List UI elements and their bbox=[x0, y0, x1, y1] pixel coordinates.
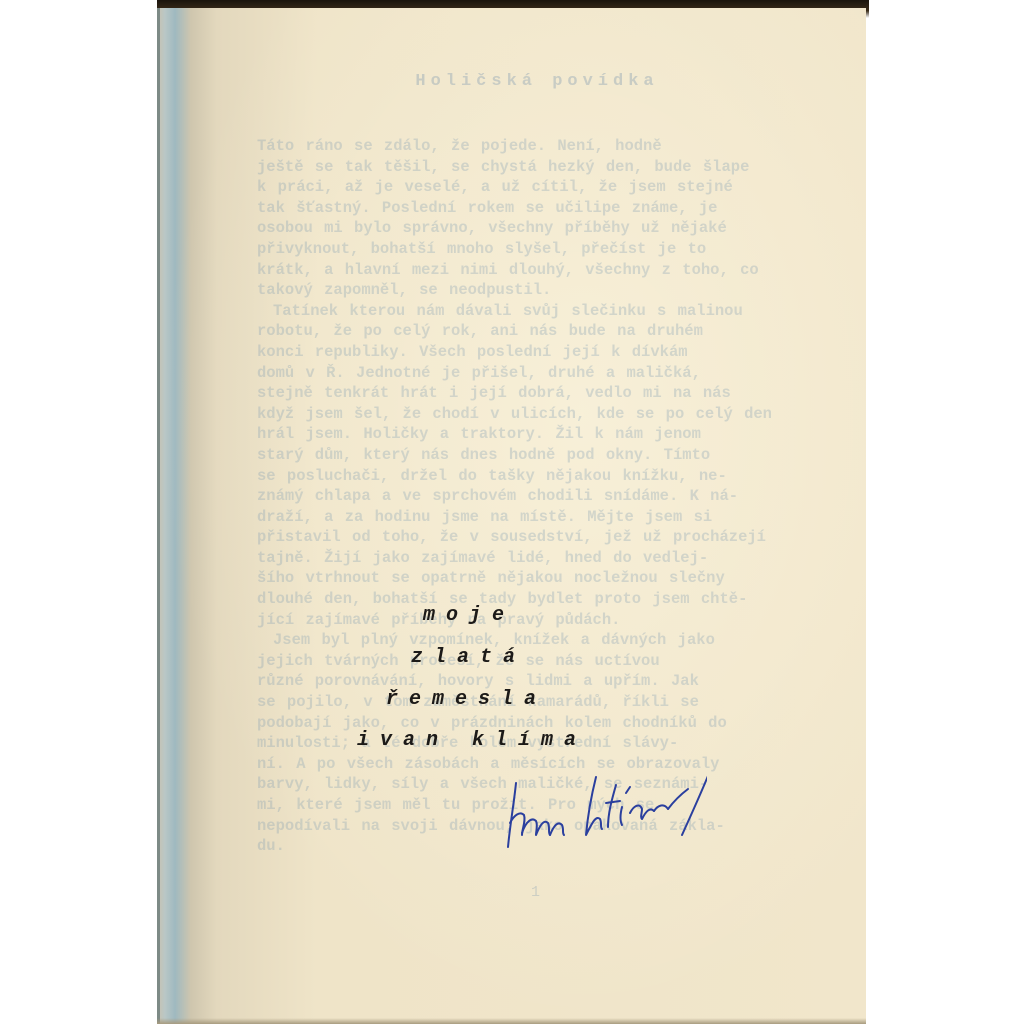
title-line-3: řemesla bbox=[386, 688, 547, 711]
author-signature bbox=[492, 763, 707, 853]
author-name: ivan klíma bbox=[357, 729, 587, 752]
title-line-2: zlatá bbox=[411, 646, 526, 669]
title-line-1: moje bbox=[423, 604, 515, 627]
document-page: Holičská povídka Táto ráno se zdálo, že … bbox=[157, 8, 866, 1024]
title-block: moje zlatá řemesla ivan klíma bbox=[157, 8, 866, 1024]
